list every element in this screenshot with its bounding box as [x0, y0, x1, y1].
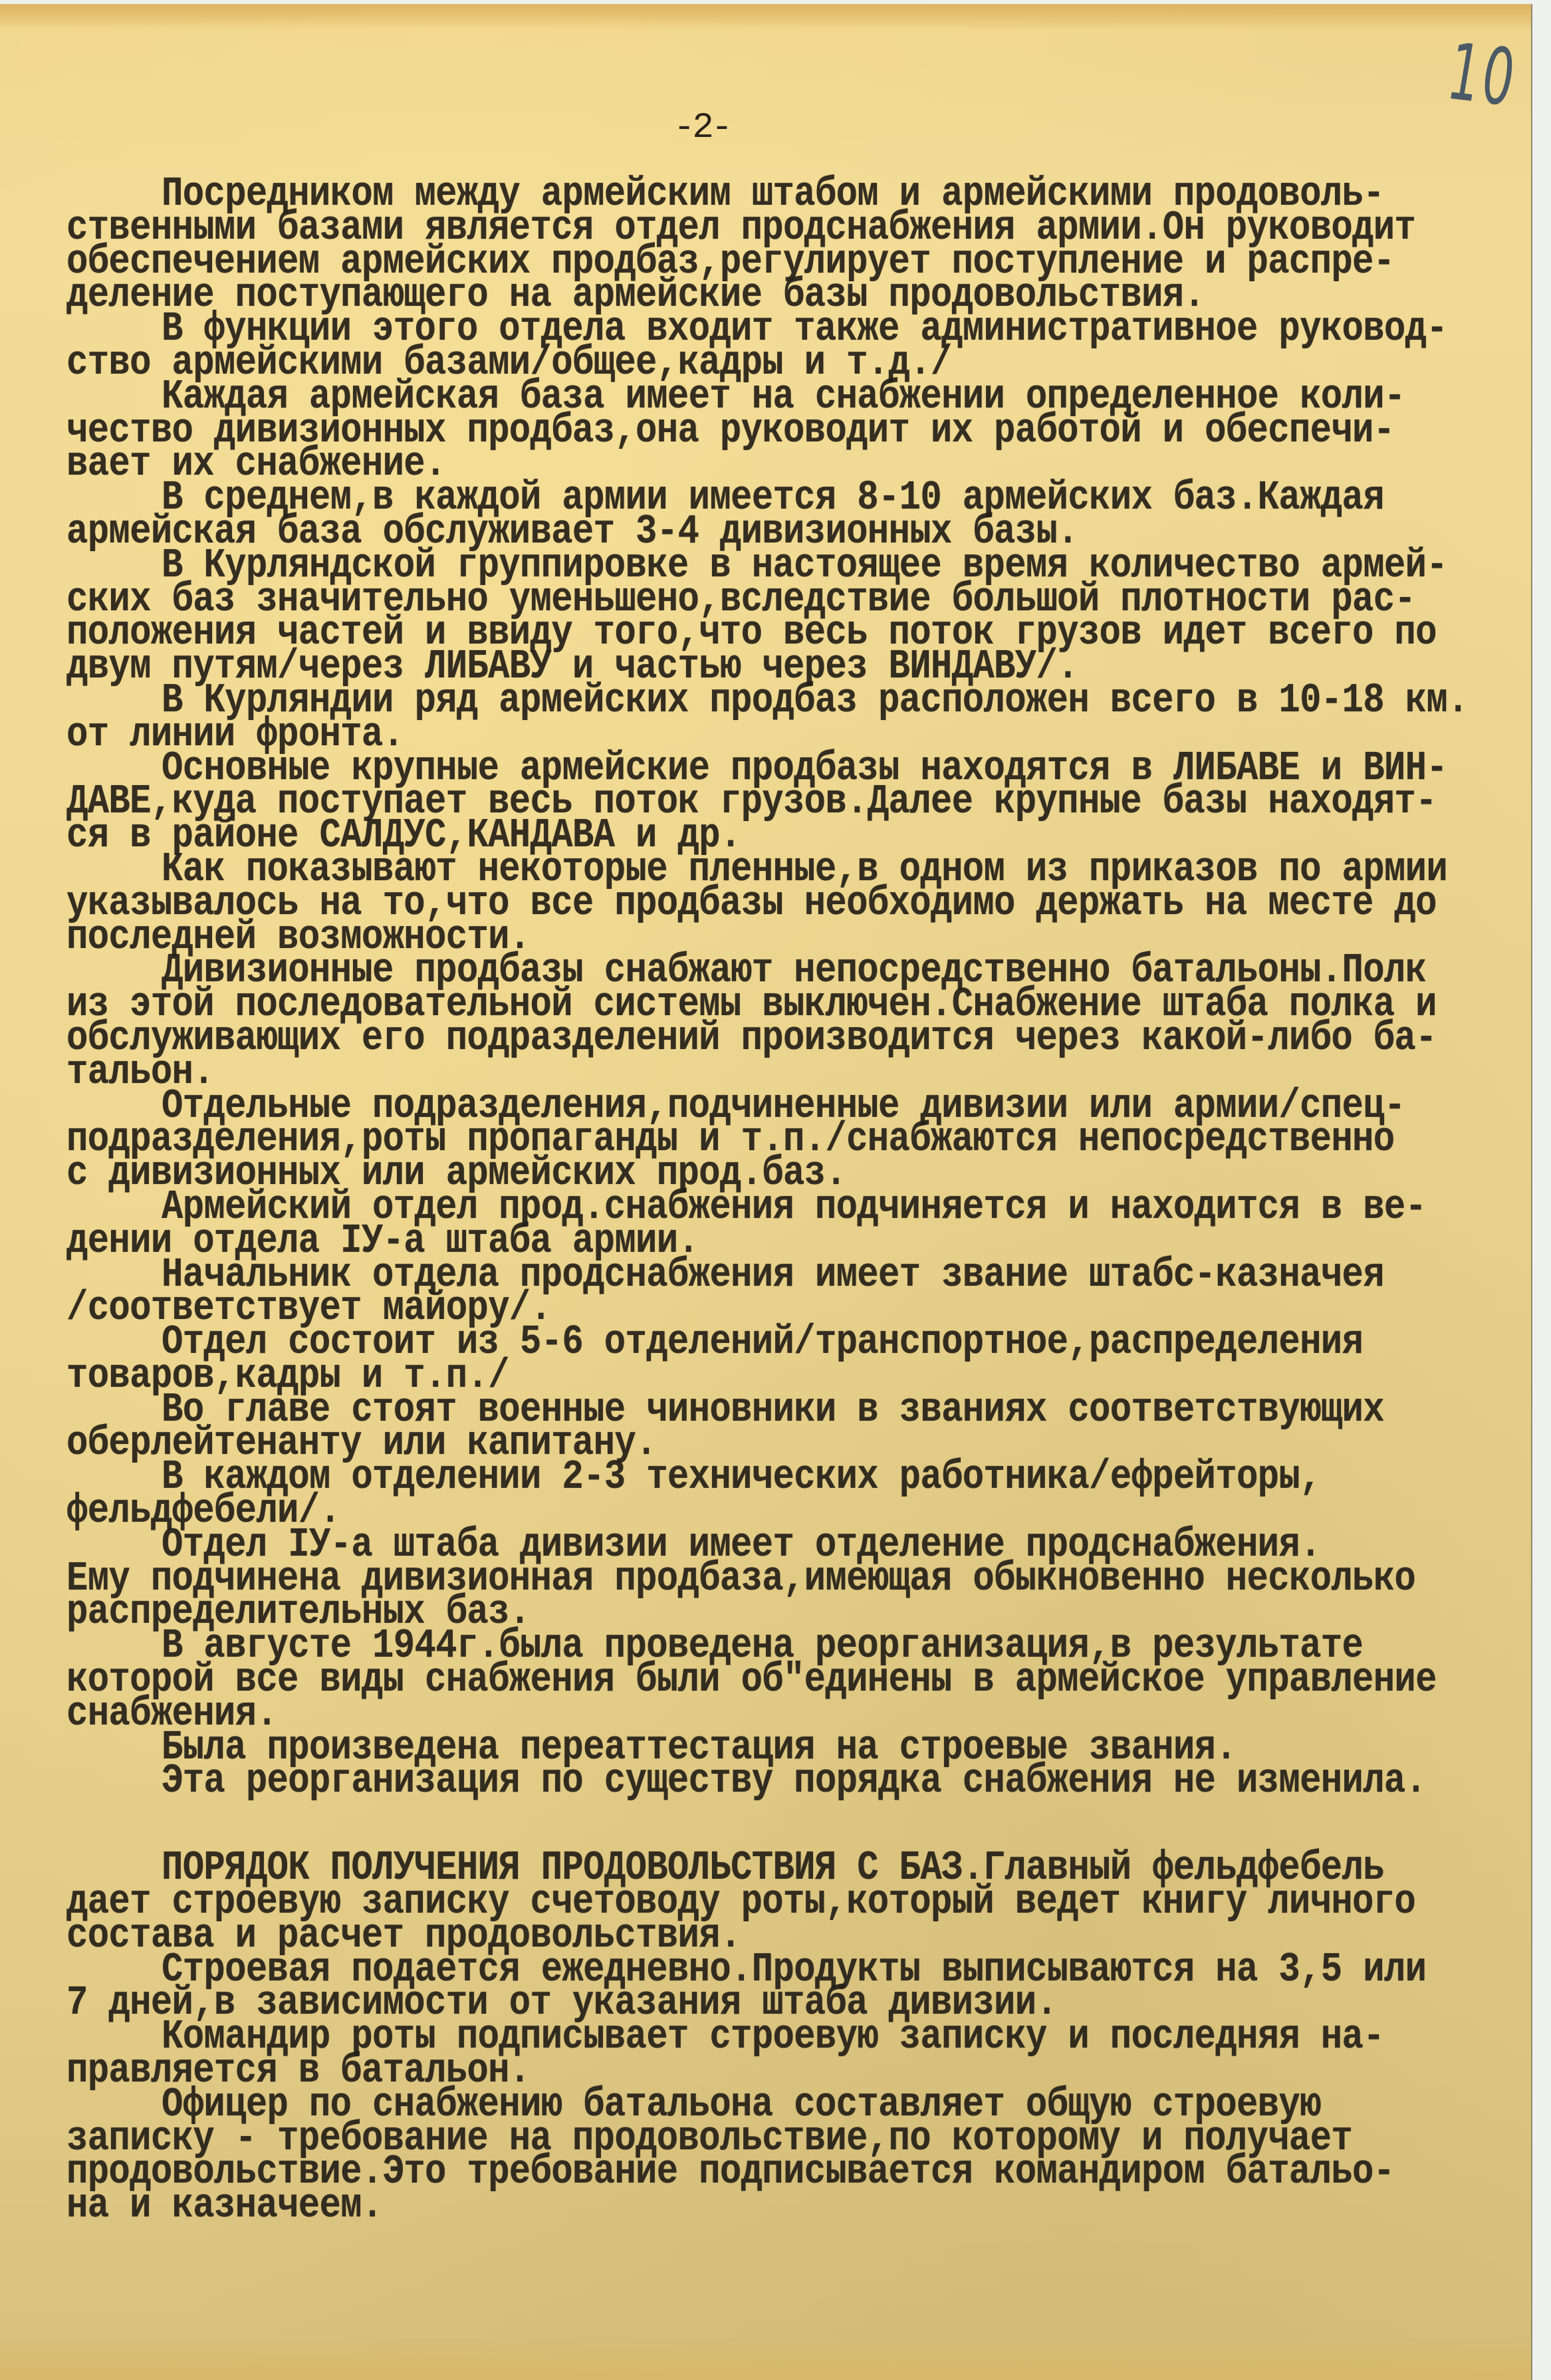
- text-line: Эта реорганизация по существу порядка сн…: [66, 1763, 1529, 1802]
- document-page: 10 -2- Посредником между армейским штабо…: [0, 4, 1532, 2380]
- text-line: которой все виды снабжения были об"едине…: [66, 1661, 1529, 1700]
- handwritten-folio-number: 10: [1448, 32, 1518, 118]
- page-number: -2-: [673, 110, 730, 146]
- text-line: на и казначеем.: [66, 2187, 1529, 2226]
- section-gap: [66, 1799, 1529, 1852]
- typewritten-body: Посредником между армейским штабом и арм…: [66, 178, 1529, 2224]
- text-line: обслуживающих его подразделений производ…: [66, 1020, 1529, 1058]
